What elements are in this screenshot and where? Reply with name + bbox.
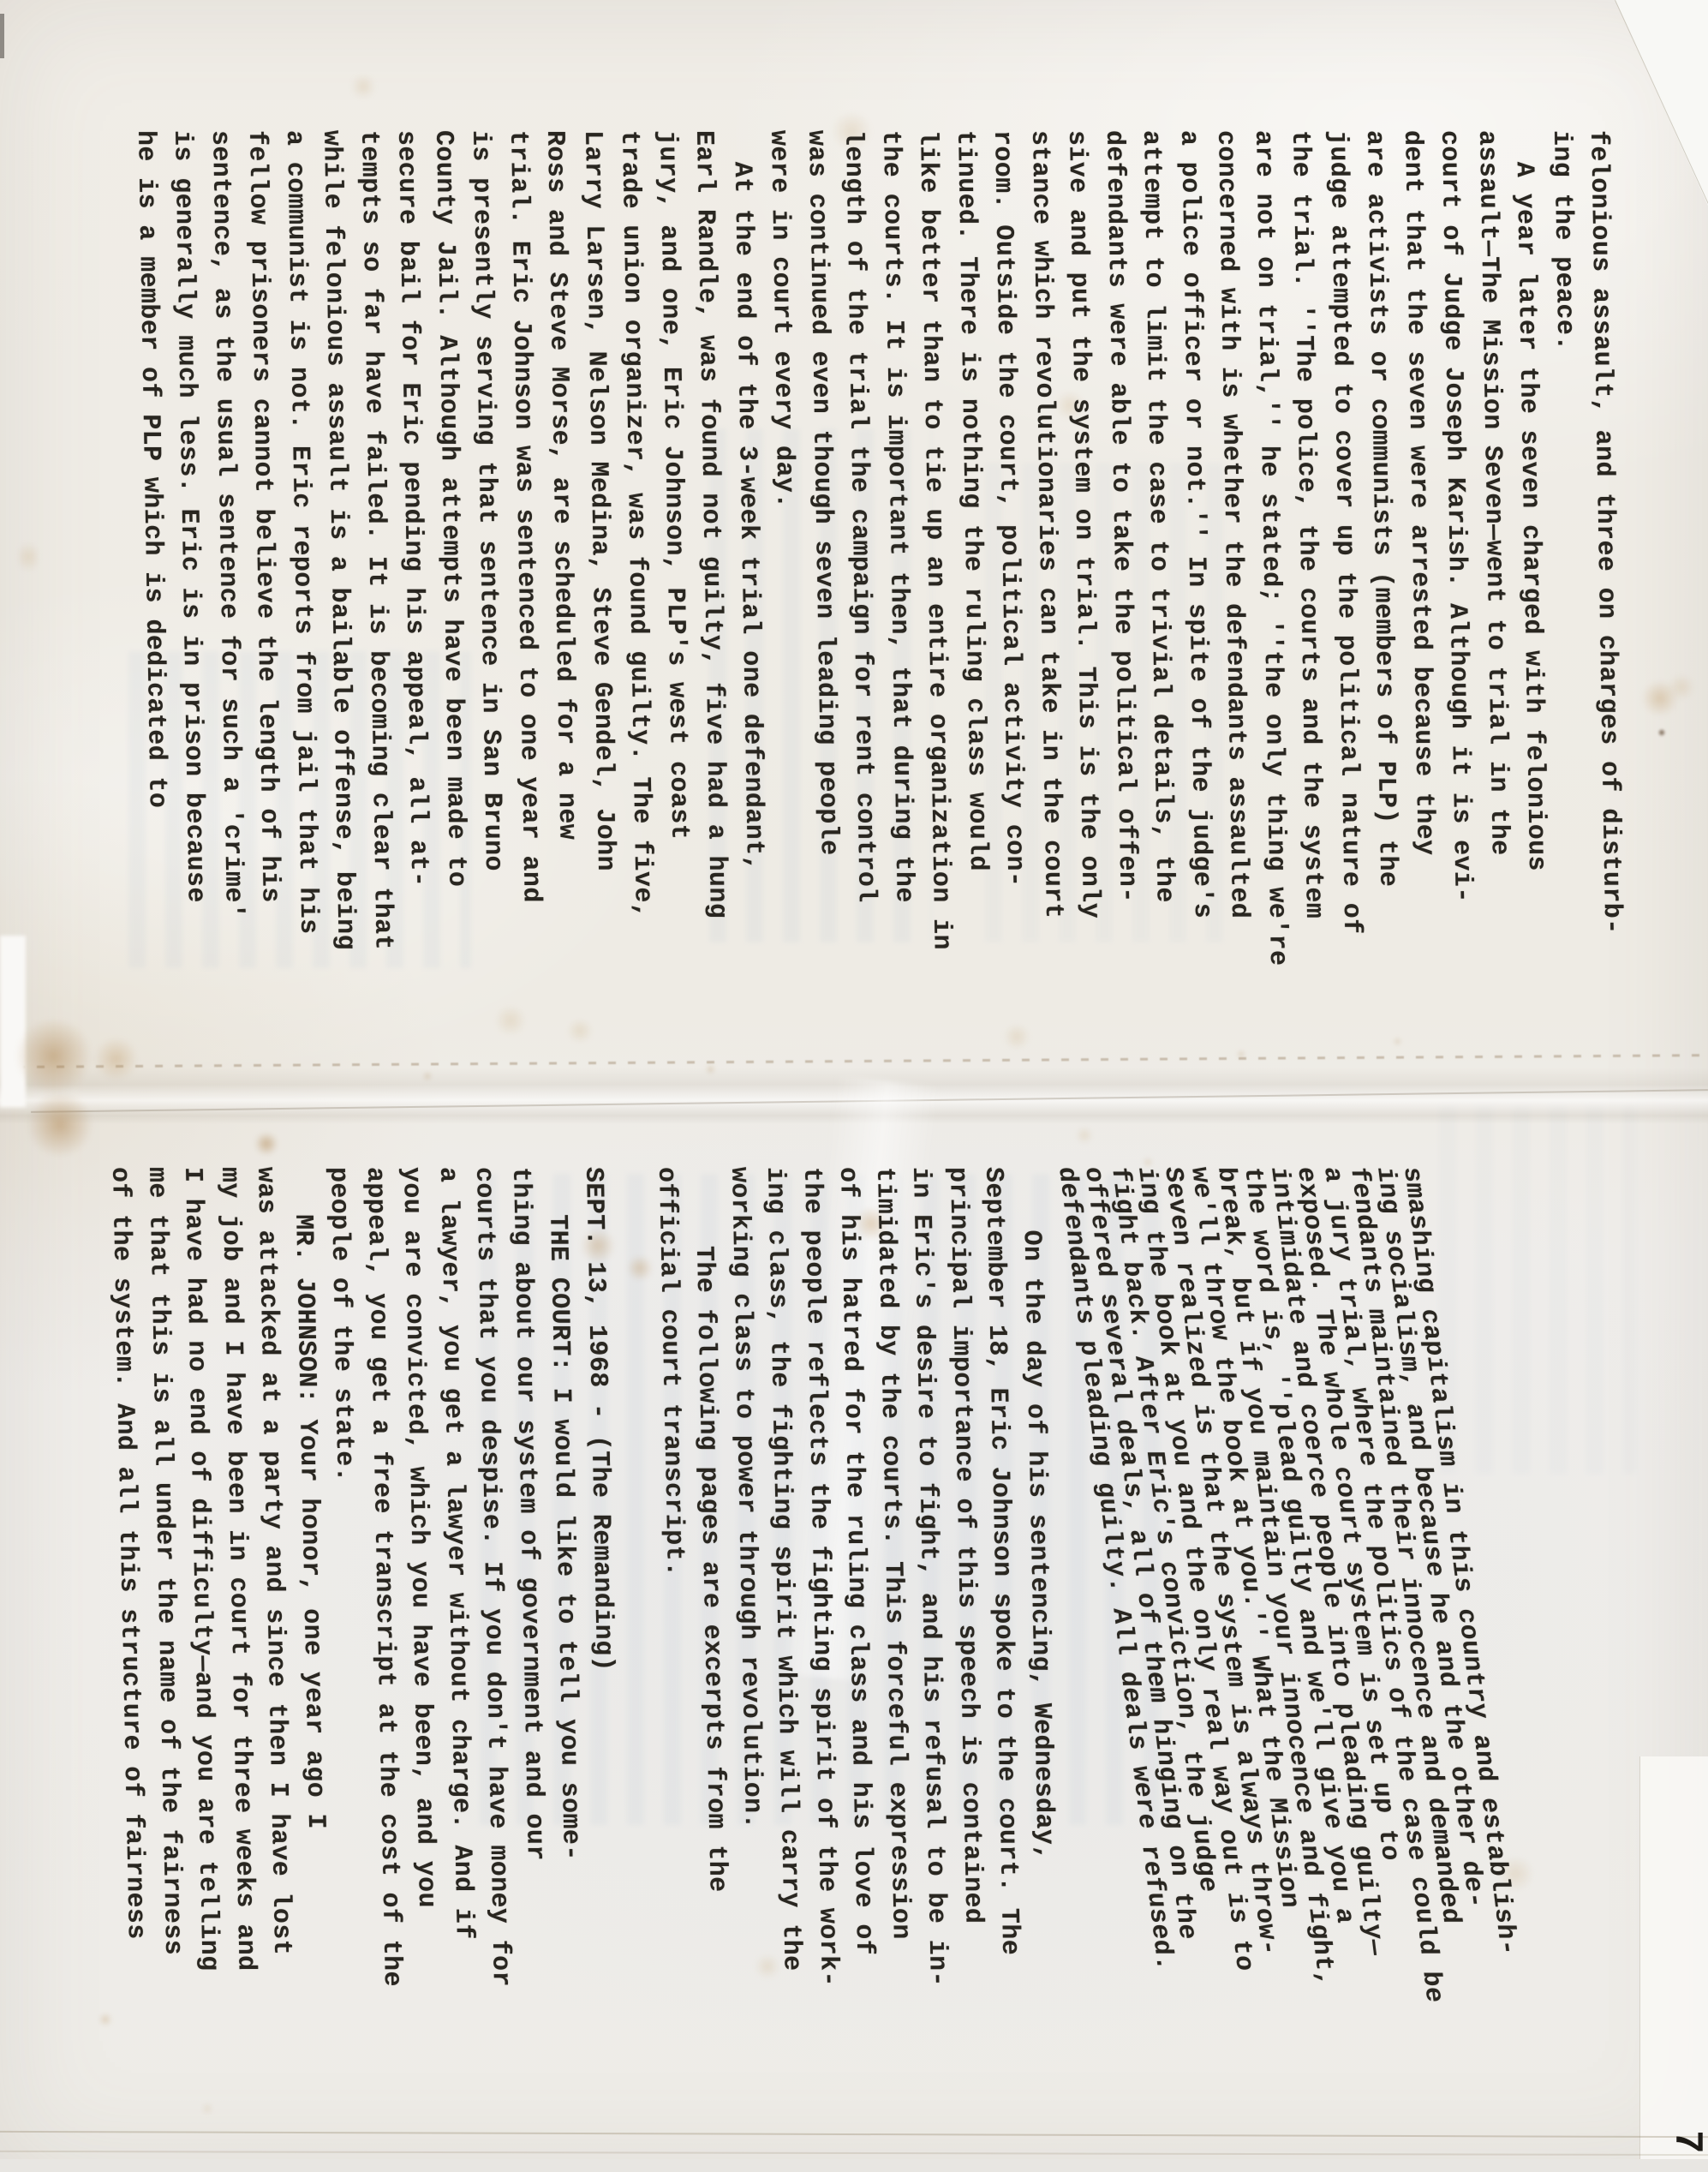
stain xyxy=(93,1038,140,1080)
text-line: were in court every day. xyxy=(764,130,797,509)
stain xyxy=(1144,1158,1152,1166)
stain xyxy=(424,1073,431,1080)
stain xyxy=(13,1020,94,1092)
stain xyxy=(349,75,377,98)
stain xyxy=(19,538,38,576)
scan-edge-artifact xyxy=(0,14,4,58)
stain xyxy=(26,1092,94,1157)
stain xyxy=(1657,728,1666,737)
stain xyxy=(565,1020,594,1042)
page-number: 7 xyxy=(1667,2130,1706,2154)
page-gap-notch xyxy=(0,936,26,1107)
text-line: ing the peace. xyxy=(1547,130,1577,351)
page-curl-edge xyxy=(1639,1756,1708,2172)
text-line: people of the state. xyxy=(324,1167,357,1482)
stain xyxy=(99,2013,112,2025)
stain xyxy=(493,1007,529,1034)
stain xyxy=(707,1066,714,1073)
stain xyxy=(1238,1051,1245,1057)
bleedthrough-ghost-text xyxy=(1439,1105,1636,1474)
scanned-document: felonious assault, and three on charges … xyxy=(0,0,1708,2172)
stain xyxy=(1075,1128,1094,1143)
stain xyxy=(1394,1038,1400,1044)
stain xyxy=(625,1256,654,1280)
stain xyxy=(201,2103,213,2114)
scanner-bed-strip xyxy=(0,2159,1708,2172)
stain xyxy=(1667,675,1696,699)
stain xyxy=(1002,1025,1031,1049)
stain xyxy=(254,1133,279,1155)
